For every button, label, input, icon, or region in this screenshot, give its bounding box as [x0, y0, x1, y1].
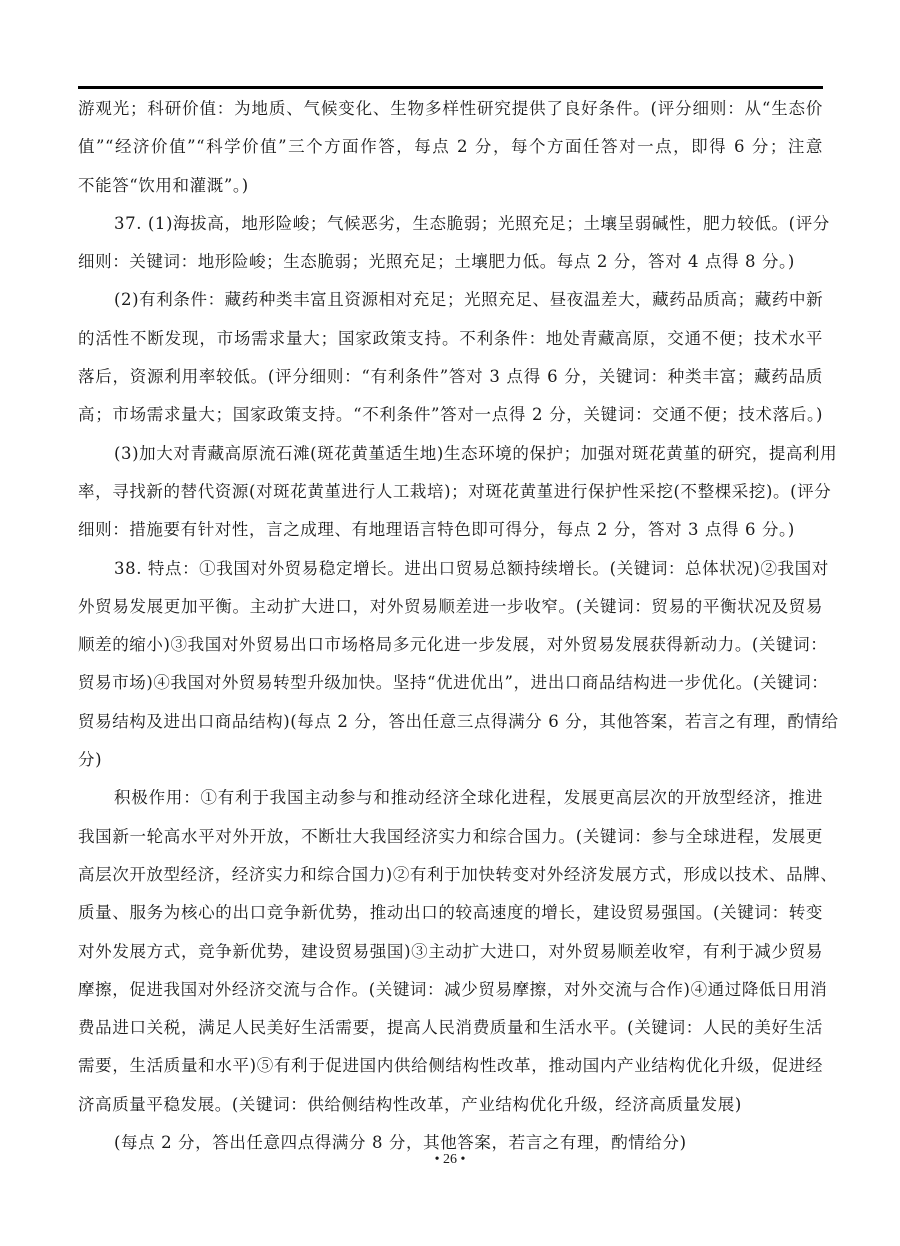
text-line: 率，寻找新的替代资源(对斑花黄堇进行人工栽培)；对斑花黄堇进行保护性采挖(不整棵…	[78, 473, 823, 511]
text-line: 顺差的缩小)③我国对外贸易出口市场格局多元化进一步发展，对外贸易发展获得新动力。…	[78, 626, 823, 664]
question-38-features: 38. 特点：①我国对外贸易稳定增长。进出口贸易总额持续增长。(关键词：总体状况…	[78, 550, 823, 588]
text-line: 质量、服务为核心的出口竞争新优势，推动出口的较高速度的增长，建设贸易强国。(关键…	[78, 894, 823, 932]
text-line: 济高质量平稳发展。(关键词：供给侧结构性改革，产业结构优化升级，经济高质量发展)	[78, 1086, 823, 1124]
question-38-positive-effects: 积极作用：①有利于我国主动参与和推动经济全球化进程，发展更高层次的开放型经济，推…	[78, 779, 823, 817]
text-line: 细则：措施要有针对性，言之成理、有地理语言特色即可得分，每点 2 分，答对 3 …	[78, 511, 823, 549]
text-line: 的活性不断发现，市场需求量大；国家政策支持。不利条件：地处青藏高原，交通不便；技…	[78, 320, 823, 358]
text-line: 贸易市场)④我国对外贸易转型升级加快。坚持“优进优出”，进出口商品结构进一步优化…	[78, 664, 823, 702]
text-line: 高；市场需求量大；国家政策支持。“不利条件”答对一点得 2 分，关键词：交通不便…	[78, 396, 823, 434]
text-line: 对外发展方式，竞争新优势，建设贸易强国)③主动扩大进口，对外贸易顺差收窄，有利于…	[78, 933, 823, 971]
text-line: 分)	[78, 741, 823, 779]
text-line: 游观光；科研价值：为地质、气候变化、生物多样性研究提供了良好条件。(评分细则：从…	[78, 90, 823, 128]
text-line: 高层次开放型经济，经济实力和综合国力)②有利于加快转变对外经济发展方式，形成以技…	[78, 856, 823, 894]
text-line: 贸易结构及进出口商品结构)(每点 2 分，答出任意三点得满分 6 分，其他答案，…	[78, 703, 823, 741]
answer-key-body: 游观光；科研价值：为地质、气候变化、生物多样性研究提供了良好条件。(评分细则：从…	[78, 90, 823, 1162]
text-line: 不能答“饮用和灌溉”。)	[78, 167, 823, 205]
question-37-part-3: (3)加大对青藏高原流石滩(斑花黄堇适生地)生态环境的保护；加强对斑花黄堇的研究…	[78, 435, 823, 473]
text-line: 细则：关键词：地形险峻；生态脆弱；光照充足；土壤肥力低。每点 2 分，答对 4 …	[78, 243, 823, 281]
page-number: • 26 •	[0, 1152, 900, 1168]
text-line: 外贸易发展更加平衡。主动扩大进口，对外贸易顺差进一步收窄。(关键词：贸易的平衡状…	[78, 588, 823, 626]
question-37-part-1: 37. (1)海拔高，地形险峻；气候恶劣，生态脆弱；光照充足；土壤呈弱碱性，肥力…	[78, 205, 823, 243]
text-line: 落后，资源利用率较低。(评分细则：“有利条件”答对 3 点得 6 分，关键词：种…	[78, 358, 823, 396]
text-line: 需要，生活质量和水平)⑤有利于促进国内供给侧结构性改革，推动国内产业结构优化升级…	[78, 1047, 823, 1085]
header-rule	[78, 86, 823, 89]
text-line: 摩擦，促进我国对外经济交流与合作。(关键词：减少贸易摩擦，对外交流与合作)④通过…	[78, 971, 823, 1009]
question-37-part-2: (2)有利条件：藏药种类丰富且资源相对充足；光照充足、昼夜温差大，藏药品质高；藏…	[78, 281, 823, 319]
text-line: 我国新一轮高水平对外开放，不断壮大我国经济实力和综合国力。(关键词：参与全球进程…	[78, 818, 823, 856]
text-line: 费品进口关税，满足人民美好生活需要，提高人民消费质量和生活水平。(关键词：人民的…	[78, 1009, 823, 1047]
text-line: 值”“经济价值”“科学价值”三个方面作答，每点 2 分，每个方面任答对一点，即得…	[78, 128, 823, 166]
